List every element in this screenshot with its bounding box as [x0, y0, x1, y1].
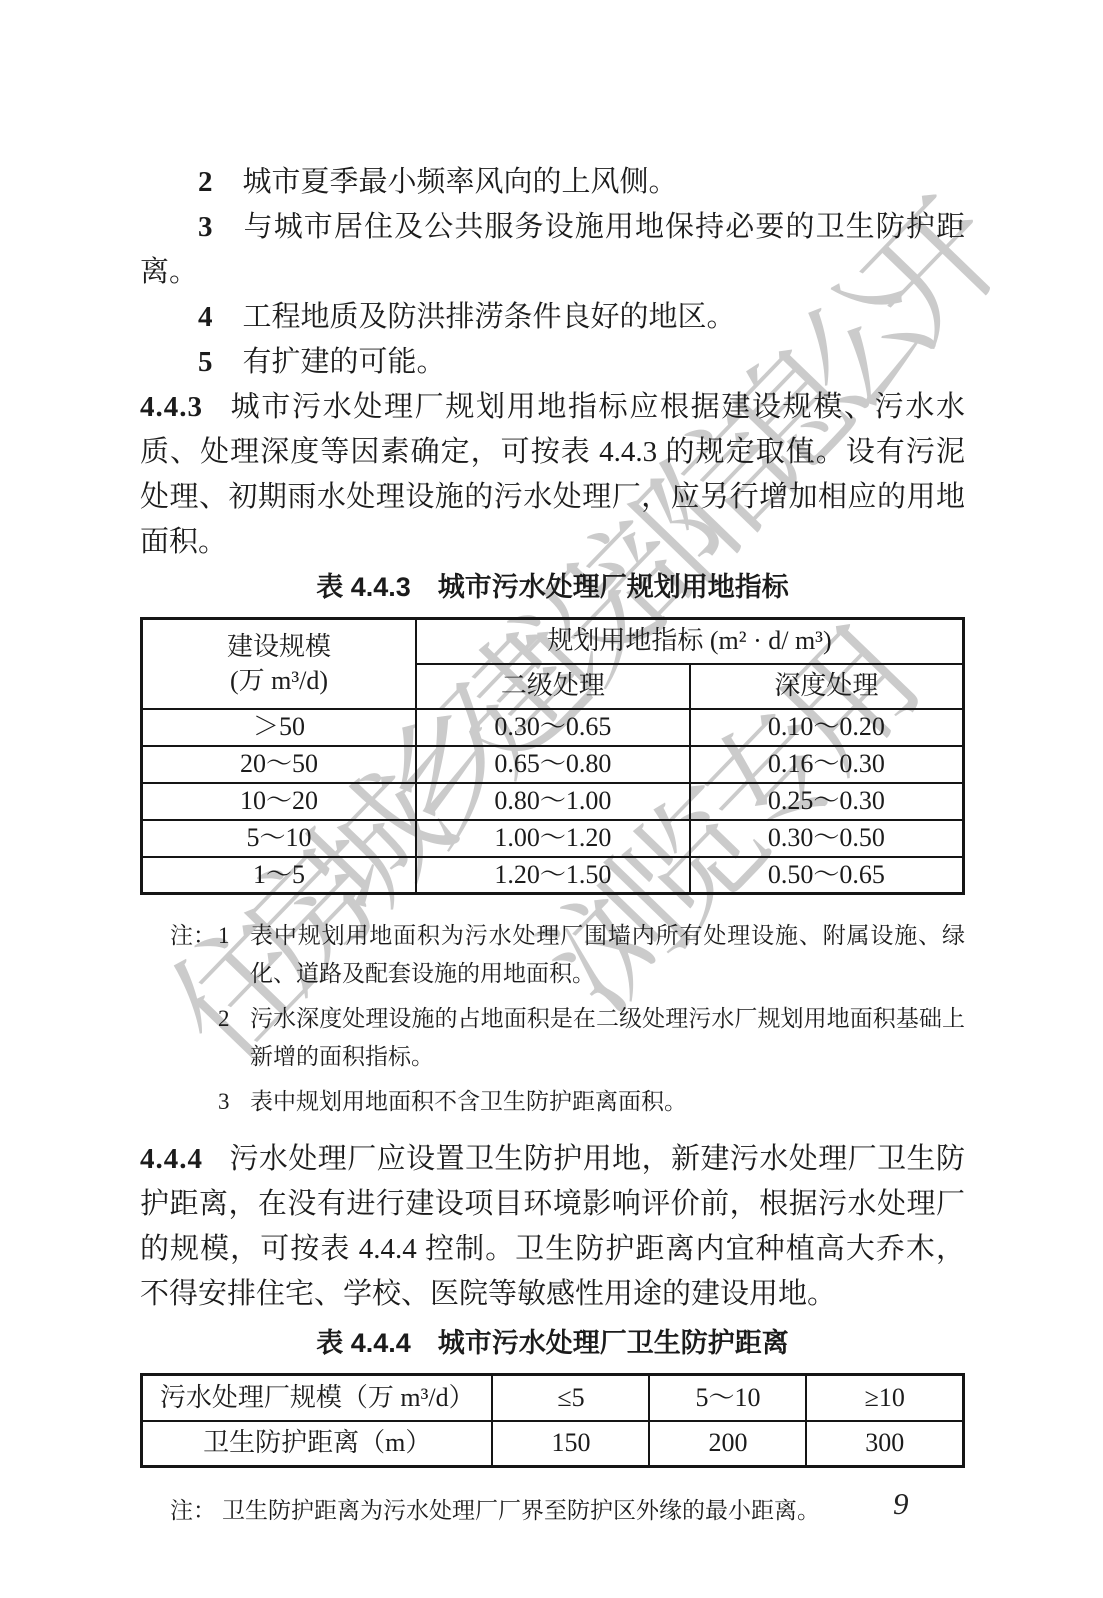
table-row: 卫生防护距离（m） 150 200 300 [142, 1421, 964, 1467]
table-cell: 0.30～0.65 [416, 709, 690, 746]
item-text: 城市夏季最小频率风向的上风侧。 [243, 166, 678, 198]
page-content: 2城市夏季最小频率风向的上风侧。 3与城市居住及公共服务设施用地保持必要的卫生防… [0, 0, 1103, 1530]
table-cell: 污水处理厂规模（万 m³/d） [142, 1375, 493, 1421]
item-text: 工程地质及防洪排涝条件良好的地区。 [243, 301, 736, 333]
table-443-title: 表 4.4.3 城市污水处理厂规划用地指标 [140, 571, 965, 603]
note-number: 1 [218, 917, 250, 993]
header-scale-line1: 建设规模 [147, 630, 411, 664]
table-cell: 20～50 [142, 746, 417, 783]
item-number: 4 [198, 301, 213, 333]
table-444: 污水处理厂规模（万 m³/d） ≤5 5～10 ≥10 卫生防护距离（m） 15… [140, 1373, 965, 1468]
section-4-4-4: 4.4.4污水处理厂应设置卫生防护用地，新建污水处理厂卫生防护距离，在没有进行建… [140, 1137, 965, 1317]
table-444-note: 注： 卫生防护距离为污水处理厂厂界至防护区外缘的最小距离。 [140, 1492, 965, 1530]
table-row: 污水处理厂规模（万 m³/d） ≤5 5～10 ≥10 [142, 1375, 964, 1421]
note-text: 卫生防护距离为污水处理厂厂界至防护区外缘的最小距离。 [222, 1492, 965, 1530]
header-cell-secondary: 二级处理 [416, 664, 690, 709]
table-443-notes: 注： 1 表中规划用地面积为污水处理厂围墙内所有处理设施、附属设施、绿化、道路及… [140, 917, 965, 1121]
table-row: 5～10 1.00～1.20 0.30～0.50 [142, 820, 964, 857]
table-row: 20～50 0.65～0.80 0.16～0.30 [142, 746, 964, 783]
header-cell-advanced: 深度处理 [690, 664, 964, 709]
table-cell: 5～10 [142, 820, 417, 857]
table-cell: ＞50 [142, 709, 417, 746]
table-cell: 10～20 [142, 783, 417, 820]
table-cell: 0.10～0.20 [690, 709, 964, 746]
section-text: 城市污水处理厂规划用地指标应根据建设规模、污水水质、处理深度等因素确定，可按表 … [140, 391, 965, 558]
section-number: 4.4.4 [140, 1143, 203, 1175]
note-row-2: 2 污水深度处理设施的占地面积是在二级处理污水厂规划用地面积基础上新增的面积指标… [170, 1000, 965, 1076]
note-text: 表中规划用地面积不含卫生防护距离面积。 [250, 1083, 965, 1121]
table-cell: 0.30～0.50 [690, 820, 964, 857]
note-row-3: 3 表中规划用地面积不含卫生防护距离面积。 [170, 1083, 965, 1121]
table-cell: 1～5 [142, 857, 417, 894]
note-label: 注： [170, 1492, 222, 1530]
table-443: 建设规模 (万 m³/d) 规划用地指标 (m² · d/ m³) 二级处理 深… [140, 617, 965, 895]
table-cell: ≤5 [492, 1375, 649, 1421]
item-text: 有扩建的可能。 [243, 346, 446, 378]
table-cell: 150 [492, 1421, 649, 1467]
table-cell: 1.20～1.50 [416, 857, 690, 894]
note-row-1: 注： 1 表中规划用地面积为污水处理厂围墙内所有处理设施、附属设施、绿化、道路及… [170, 917, 965, 993]
item-number: 2 [198, 166, 213, 198]
note-text: 污水深度处理设施的占地面积是在二级处理污水厂规划用地面积基础上新增的面积指标。 [250, 1000, 965, 1076]
note-label: 注： [170, 917, 218, 993]
table-cell: 200 [649, 1421, 806, 1467]
document-page: 住房城乡建设部信息公开 浏览专用 2城市夏季最小频率风向的上风侧。 3与城市居住… [0, 0, 1103, 1598]
table-row: 建设规模 (万 m³/d) 规划用地指标 (m² · d/ m³) [142, 619, 964, 664]
list-item-2: 2城市夏季最小频率风向的上风侧。 [140, 160, 965, 205]
note-number: 2 [218, 1000, 250, 1076]
item-number: 5 [198, 346, 213, 378]
table-cell: 300 [806, 1421, 963, 1467]
section-number: 4.4.3 [140, 391, 203, 423]
table-cell: 0.50～0.65 [690, 857, 964, 894]
note-label [170, 1083, 218, 1121]
table-444-title: 表 4.4.4 城市污水处理厂卫生防护距离 [140, 1327, 965, 1359]
table-row: 10～20 0.80～1.00 0.25～0.30 [142, 783, 964, 820]
item-number: 3 [198, 211, 213, 243]
list-item-3: 3与城市居住及公共服务设施用地保持必要的卫生防护距离。 [140, 205, 965, 295]
note-label [170, 1000, 218, 1076]
table-cell: 0.16～0.30 [690, 746, 964, 783]
note-number: 3 [218, 1083, 250, 1121]
list-item-5: 5有扩建的可能。 [140, 340, 965, 385]
header-cell-scale: 建设规模 (万 m³/d) [142, 619, 417, 709]
list-item-4: 4工程地质及防洪排涝条件良好的地区。 [140, 295, 965, 340]
table-cell: 5～10 [649, 1375, 806, 1421]
section-text: 污水处理厂应设置卫生防护用地，新建污水处理厂卫生防护距离，在没有进行建设项目环境… [140, 1143, 965, 1310]
table-cell: ≥10 [806, 1375, 963, 1421]
table-cell: 0.25～0.30 [690, 783, 964, 820]
item-text: 与城市居住及公共服务设施用地保持必要的卫生防护距离。 [140, 211, 965, 288]
header-scale-line2: (万 m³/d) [147, 664, 411, 698]
table-row: ＞50 0.30～0.65 0.10～0.20 [142, 709, 964, 746]
table-cell: 0.80～1.00 [416, 783, 690, 820]
section-4-4-3: 4.4.3城市污水处理厂规划用地指标应根据建设规模、污水水质、处理深度等因素确定… [140, 385, 965, 565]
table-cell: 卫生防护距离（m） [142, 1421, 493, 1467]
table-row: 1～5 1.20～1.50 0.50～0.65 [142, 857, 964, 894]
table-cell: 0.65～0.80 [416, 746, 690, 783]
table-cell: 1.00～1.20 [416, 820, 690, 857]
page-number: 9 [893, 1486, 909, 1522]
note-text: 表中规划用地面积为污水处理厂围墙内所有处理设施、附属设施、绿化、道路及配套设施的… [250, 917, 965, 993]
header-cell-index: 规划用地指标 (m² · d/ m³) [416, 619, 963, 664]
